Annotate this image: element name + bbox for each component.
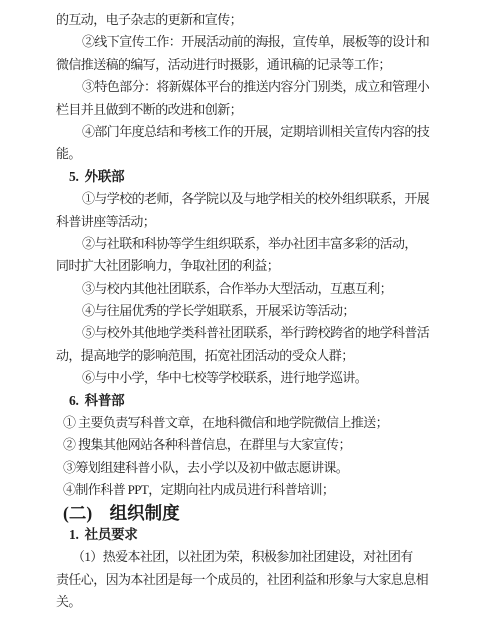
- text-line: 微信推送稿的编写，活动进行时摄影，通讯稿的记录等工作；: [56, 54, 427, 76]
- heading-line: (二) 组织制度: [56, 502, 427, 524]
- text-line: ④与往届优秀的学长学姐联系，开展采访等活动；: [56, 300, 427, 322]
- text-line: 动，提高地学的影响范围，拓宽社团活动的受众人群；: [56, 345, 427, 367]
- text-line: ④制作科普 PPT，定期向社内成员进行科普培训；: [56, 479, 427, 501]
- text-line: ①与学校的老师，各学院以及与地学相关的校外组织联系，开展: [56, 188, 427, 210]
- text-line: （1）热爱本社团，以社团为荣，积极参加社团建设，对社团有: [56, 546, 427, 568]
- text-line: 科普讲座等活动；: [56, 211, 427, 233]
- text-line: 责任心，因为本社团是每一个成员的，社团利益和形象与大家息息相: [56, 569, 427, 591]
- text-lines: 的互动，电子杂志的更新和宣传；②线下宣传工作：开展活动前的海报，宣传单，展板等的…: [56, 9, 427, 614]
- text-line: ⑥与中小学，华中七校等学校联系，进行地学巡讲。: [56, 367, 427, 389]
- text-line: ②与社联和科协等学生组织联系，举办社团丰富多彩的活动，: [56, 233, 427, 255]
- text-line: ① 主要负责写科普文章，在地科微信和地学院微信上推送；: [56, 412, 427, 434]
- text-line: ④部门年度总结和考核工作的开展，定期培训相关宣传内容的技: [56, 121, 427, 143]
- text-line: 能。: [56, 143, 427, 165]
- heading-line: 6. 科普部: [56, 390, 427, 412]
- heading-line: 5. 外联部: [56, 166, 427, 188]
- document-page: 的互动，电子杂志的更新和宣传；②线下宣传工作：开展活动前的海报，宣传单，展板等的…: [0, 0, 481, 617]
- text-line: ③与校内其他社团联系，合作举办大型活动，互惠互利；: [56, 278, 427, 300]
- text-line: ② 搜集其他网站各种科普信息，在群里与大家宣传；: [56, 434, 427, 456]
- text-line: 栏目并且做到不断的改进和创新；: [56, 99, 427, 121]
- text-line: ③筹划组建科普小队，去小学以及初中做志愿讲课。: [56, 457, 427, 479]
- text-line: ③特色部分：将新媒体平台的推送内容分门别类，成立和管理小: [56, 76, 427, 98]
- text-line: ②线下宣传工作：开展活动前的海报，宣传单，展板等的设计和: [56, 31, 427, 53]
- heading-line: 1. 社员要求: [56, 524, 427, 546]
- text-line: 关。: [56, 591, 427, 613]
- text-line: 同时扩大社团影响力，争取社团的利益；: [56, 255, 427, 277]
- text-line: 的互动，电子杂志的更新和宣传；: [56, 9, 427, 31]
- text-line: ⑤与校外其他地学类科普社团联系，举行跨校跨省的地学科普活: [56, 322, 427, 344]
